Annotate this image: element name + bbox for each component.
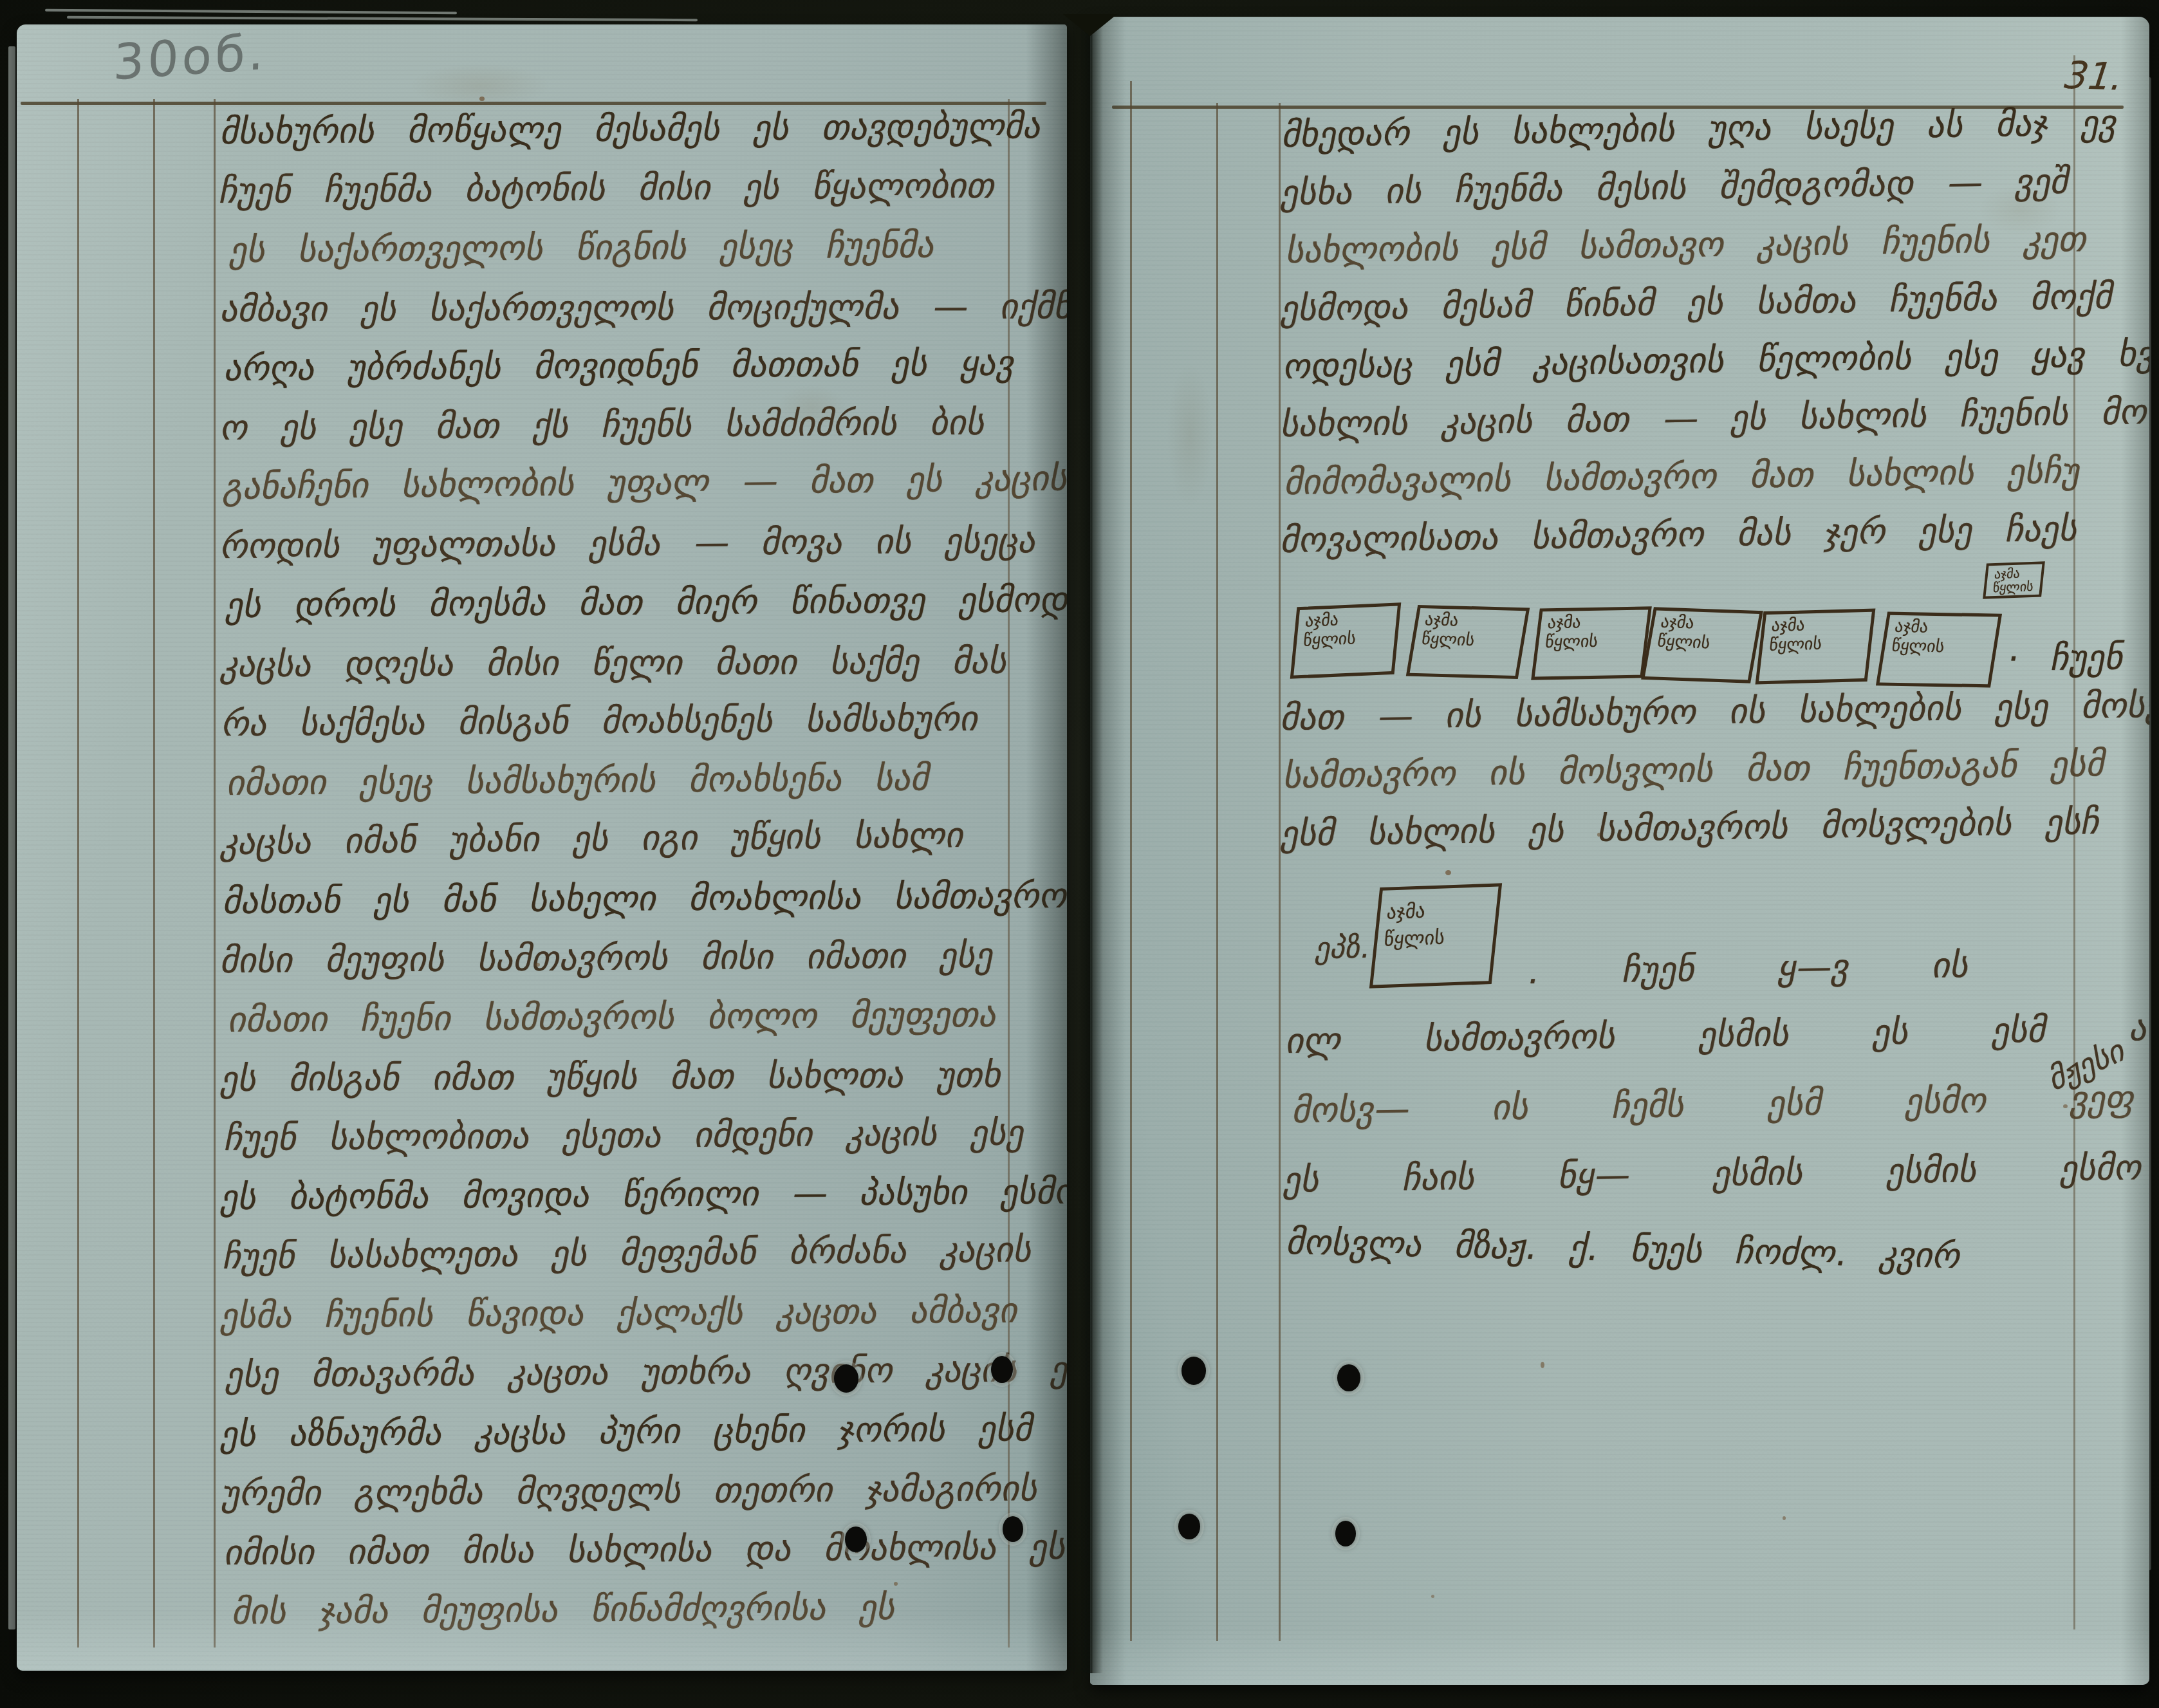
wormhole (1337, 1364, 1360, 1391)
boxed-word-top: აჯმა (1385, 896, 1491, 927)
wormhole (1003, 1516, 1023, 1542)
crossed-out-word-box: აჯმა წყლის (1876, 612, 2002, 688)
crossed-out-word-box: აჯმა წყლის (1641, 607, 1763, 683)
crossed-out-word-box: აჯმა წყლის (1406, 605, 1530, 679)
handwriting-line: არღა უბრძანეს მოვიდნენ მათთან ეს ყავ (221, 342, 1019, 389)
handwriting-line: ეს საქართველოს წიგნის ესეც ჩუენმა (227, 225, 940, 270)
handwriting-line: ამბავი ეს საქართველოს მოციქულმა — იქმნა (218, 286, 1067, 330)
stain (1978, 184, 2062, 236)
crossed-out-word-box: აჯმა წყლის (1290, 602, 1402, 679)
boxed-word-top: აჯმა (1659, 613, 1752, 635)
ink-speck (393, 658, 397, 662)
scan-glare (1090, 1627, 2149, 1685)
ink-speck (2063, 1104, 2068, 1108)
fore-edge-shadow (2121, 17, 2149, 1685)
margin-line (1279, 103, 1281, 1641)
crossed-out-word-box: აჯმა წყლის (1756, 609, 1876, 685)
handwriting-line: ეს დროს მოესმა მათ მიერ წინათვე ესმოდა (223, 579, 1067, 626)
ink-speck (894, 1582, 898, 1586)
boxed-word-bottom: წყლის (1544, 631, 1639, 653)
wormhole (1181, 1357, 1206, 1385)
margin-line (153, 99, 155, 1648)
wormhole (991, 1356, 1013, 1383)
ink-speck (479, 97, 485, 101)
handwriting-line: . ჩუენ ყ—ვ ის (1525, 945, 1974, 992)
boxed-word-bottom: წყლის (1992, 580, 2034, 595)
ink-speck (1783, 1516, 1786, 1520)
handwriting-line: მასთან ეს მან სახელი მოახლისა სამთავროს (220, 875, 1067, 922)
manuscript-scan: 30об. მსახურის მოწყალე მესამეს ეს თავდებ… (0, 0, 2159, 1708)
scan-glare (17, 1613, 1067, 1671)
handwriting-line: იმათი ჩუენი სამთავროს ბოლო მეუფეთა (225, 994, 1002, 1040)
stain (1167, 364, 1212, 506)
crossed-out-word-box: აჯმა წყლის (1369, 883, 1502, 988)
ink-speck (1445, 870, 1451, 875)
wormhole (1335, 1521, 1356, 1546)
crossed-out-word-box: აჯმა წყლის (1983, 561, 2045, 599)
boxed-word-top: აჯმა (1546, 612, 1642, 633)
boxed-word-bottom: წყლის (1768, 633, 1863, 655)
handwriting-line: ეს აზნაურმა კაცსა პური ცხენი ჯორის ესმ (218, 1408, 1038, 1454)
boxed-word-bottom: წყლის (1890, 636, 1988, 658)
page-stack-edge (45, 9, 457, 14)
ink-speck (1597, 833, 1600, 837)
page-stack-edge (8, 46, 15, 1629)
page-stack-edge (67, 16, 698, 21)
ink-speck (535, 963, 540, 967)
handwriting-line: ო ეს ესე მათ ქს ჩუენს სამძიმრის ბის (218, 402, 990, 448)
wormhole (834, 1364, 858, 1393)
handwriting-line: ეს ბატონმა მოვიდა წერილი — პასუხი ესმო (218, 1171, 1067, 1218)
margin-line (1130, 81, 1132, 1641)
boxed-word-top: აჯმა (1770, 614, 1865, 636)
wormhole (1178, 1514, 1200, 1539)
ink-speck (1431, 1595, 1434, 1598)
handwriting-word: · ჩუენ (2004, 636, 2128, 679)
boxed-word-bottom: წყლის (1420, 629, 1516, 651)
handwriting-line: იმათი ესეც სამსახურის მოახსენა სამ (224, 757, 934, 803)
handwriting-line: ეს მისგან იმათ უწყის მათ სახლთა უთხ (218, 1055, 1006, 1099)
handwriting-line: ჩუენ სახლობითა ესეთა იმდენი კაცის ესე (221, 1112, 1030, 1158)
stain (409, 63, 551, 108)
binding-crease (1079, 19, 1103, 1673)
boxed-word-bottom: წყლის (1656, 632, 1749, 654)
handwriting-line: მსახურის მოწყალე მესამეს ეს თავდებულმა (218, 106, 1046, 152)
handwriting-line: იმისი იმათ მისა სახლისა და მოახლისა ეს (221, 1527, 1067, 1573)
handwriting-line: ესმა ჩუენის წავიდა ქალაქს კაცთა ამბავი (218, 1290, 1023, 1336)
gutter-shadow (1026, 24, 1067, 1671)
handwriting-line: მისი მეუფის სამთავროს მისი იმათი ესე (218, 935, 998, 981)
margin-line (1216, 103, 1218, 1641)
left-page: 30об. მსახურის მოწყალე მესამეს ეს თავდებ… (17, 24, 1067, 1671)
boxed-word-top: აჯმა (1893, 617, 1992, 638)
stain (776, 385, 847, 430)
handwriting-line: კაცსა დღესა მისი წელი მათი საქმე მას (218, 641, 1012, 685)
handwriting-line: ჩუენ სასახლეთა ეს მეფემან ბრძანა კაცის (220, 1229, 1037, 1277)
handwriting-line: ესე მთავარმა კაცთა უთხრა ღვინო კაცის ეს (223, 1349, 1067, 1395)
binding-notch (1063, 14, 1117, 36)
ink-speck (1541, 1362, 1544, 1368)
paper-texture (1090, 17, 2149, 1685)
boxed-word-bottom: წყლის (1302, 627, 1389, 651)
handwriting-line: ჩუენ ჩუენმა ბატონის მისი ეს წყალობით (216, 165, 1000, 211)
boxed-word-top: აჯმა (1423, 610, 1519, 632)
handwriting-line: კაცსა იმან უბანი ეს იგი უწყის სახლი (218, 815, 969, 862)
page-number-pencil: 30об. (113, 24, 268, 91)
right-page: 31. მხედარ ეს სახლების უღა საესე ას მაჯ … (1090, 17, 2149, 1685)
handwriting-line: რა საქმესა მისგან მოახსენეს სამსახური (219, 698, 983, 744)
margin-line (77, 99, 79, 1648)
boxed-word-bottom: წყლის (1382, 923, 1488, 954)
crossed-out-word-box: აჯმა წყლის (1531, 606, 1652, 680)
ruled-line-top (21, 102, 1046, 105)
margin-line (214, 99, 216, 1648)
handwriting-line: როდის უფალთასა ესმა — მოვა ის ესეცა (218, 520, 1041, 566)
wormhole (845, 1527, 867, 1552)
handwriting-line: ურემი გლეხმა მღვდელს თეთრი ჯამაგირის ეს (219, 1468, 1067, 1514)
handwriting-word: ეპზ. (1313, 930, 1374, 965)
ink-speck (1727, 1173, 1731, 1176)
